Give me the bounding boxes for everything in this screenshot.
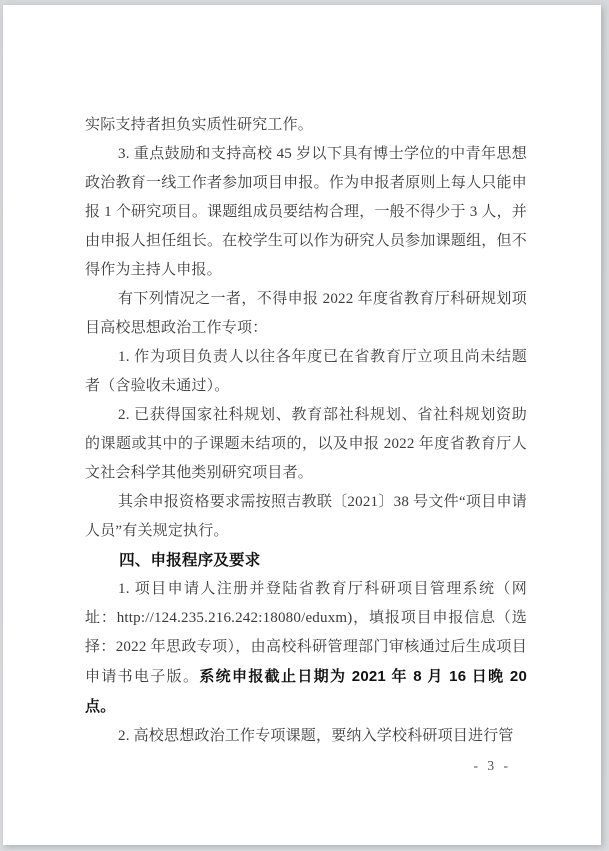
paragraph: 其余申报资格要求需按照吉教联〔2021〕38 号文件“项目申请人员”有关规定执行…: [85, 488, 527, 546]
document-page: 实际支持者担负实质性研究工作。3. 重点鼓励和支持高校 45 岁以下具有博士学位…: [3, 5, 601, 845]
paragraph: 1. 作为项目负责人以往各年度已在省教育厅立项且尚未结题者（含验收未通过）。: [85, 343, 527, 401]
paragraph: 2. 高校思想政治工作专项课题，要纳入学校科研项目进行管: [85, 722, 527, 751]
emphasized-text: 四、申报程序及要求: [119, 552, 260, 569]
body-text: 2. 高校思想政治工作专项课题，要纳入学校科研项目进行管: [118, 728, 514, 744]
paragraph: 1. 项目申请人注册并登陆省教育厅科研项目管理系统（网址：http://124.…: [85, 575, 527, 722]
section-heading: 四、申报程序及要求: [85, 546, 527, 575]
body-text: 有下列情况之一者，不得申报 2022 年度省教育厅科研规划项目高校思想政治工作专…: [85, 291, 527, 336]
page-number: - 3 -: [85, 753, 527, 779]
document-body: 实际支持者担负实质性研究工作。3. 重点鼓励和支持高校 45 岁以下具有博士学位…: [85, 111, 527, 751]
paragraph: 3. 重点鼓励和支持高校 45 岁以下具有博士学位的中青年思想政治教育一线工作者…: [85, 140, 527, 285]
paragraph: 实际支持者担负实质性研究工作。: [85, 111, 527, 140]
body-text: 2. 已获得国家社科规划、教育部社科规划、省社科规划资助的课题或其中的子课题未结…: [85, 407, 527, 481]
body-text: 实际支持者担负实质性研究工作。: [85, 117, 313, 133]
body-text: 其余申报资格要求需按照吉教联〔2021〕38 号文件“项目申请人员”有关规定执行…: [85, 494, 527, 539]
document-viewer: 实际支持者担负实质性研究工作。3. 重点鼓励和支持高校 45 岁以下具有博士学位…: [0, 0, 609, 851]
paragraph: 有下列情况之一者，不得申报 2022 年度省教育厅科研规划项目高校思想政治工作专…: [85, 285, 527, 343]
paragraph: 2. 已获得国家社科规划、教育部社科规划、省社科规划资助的课题或其中的子课题未结…: [85, 401, 527, 488]
body-text: 1. 作为项目负责人以往各年度已在省教育厅立项且尚未结题者（含验收未通过）。: [85, 349, 527, 394]
body-text: 3. 重点鼓励和支持高校 45 岁以下具有博士学位的中青年思想政治教育一线工作者…: [85, 146, 527, 278]
